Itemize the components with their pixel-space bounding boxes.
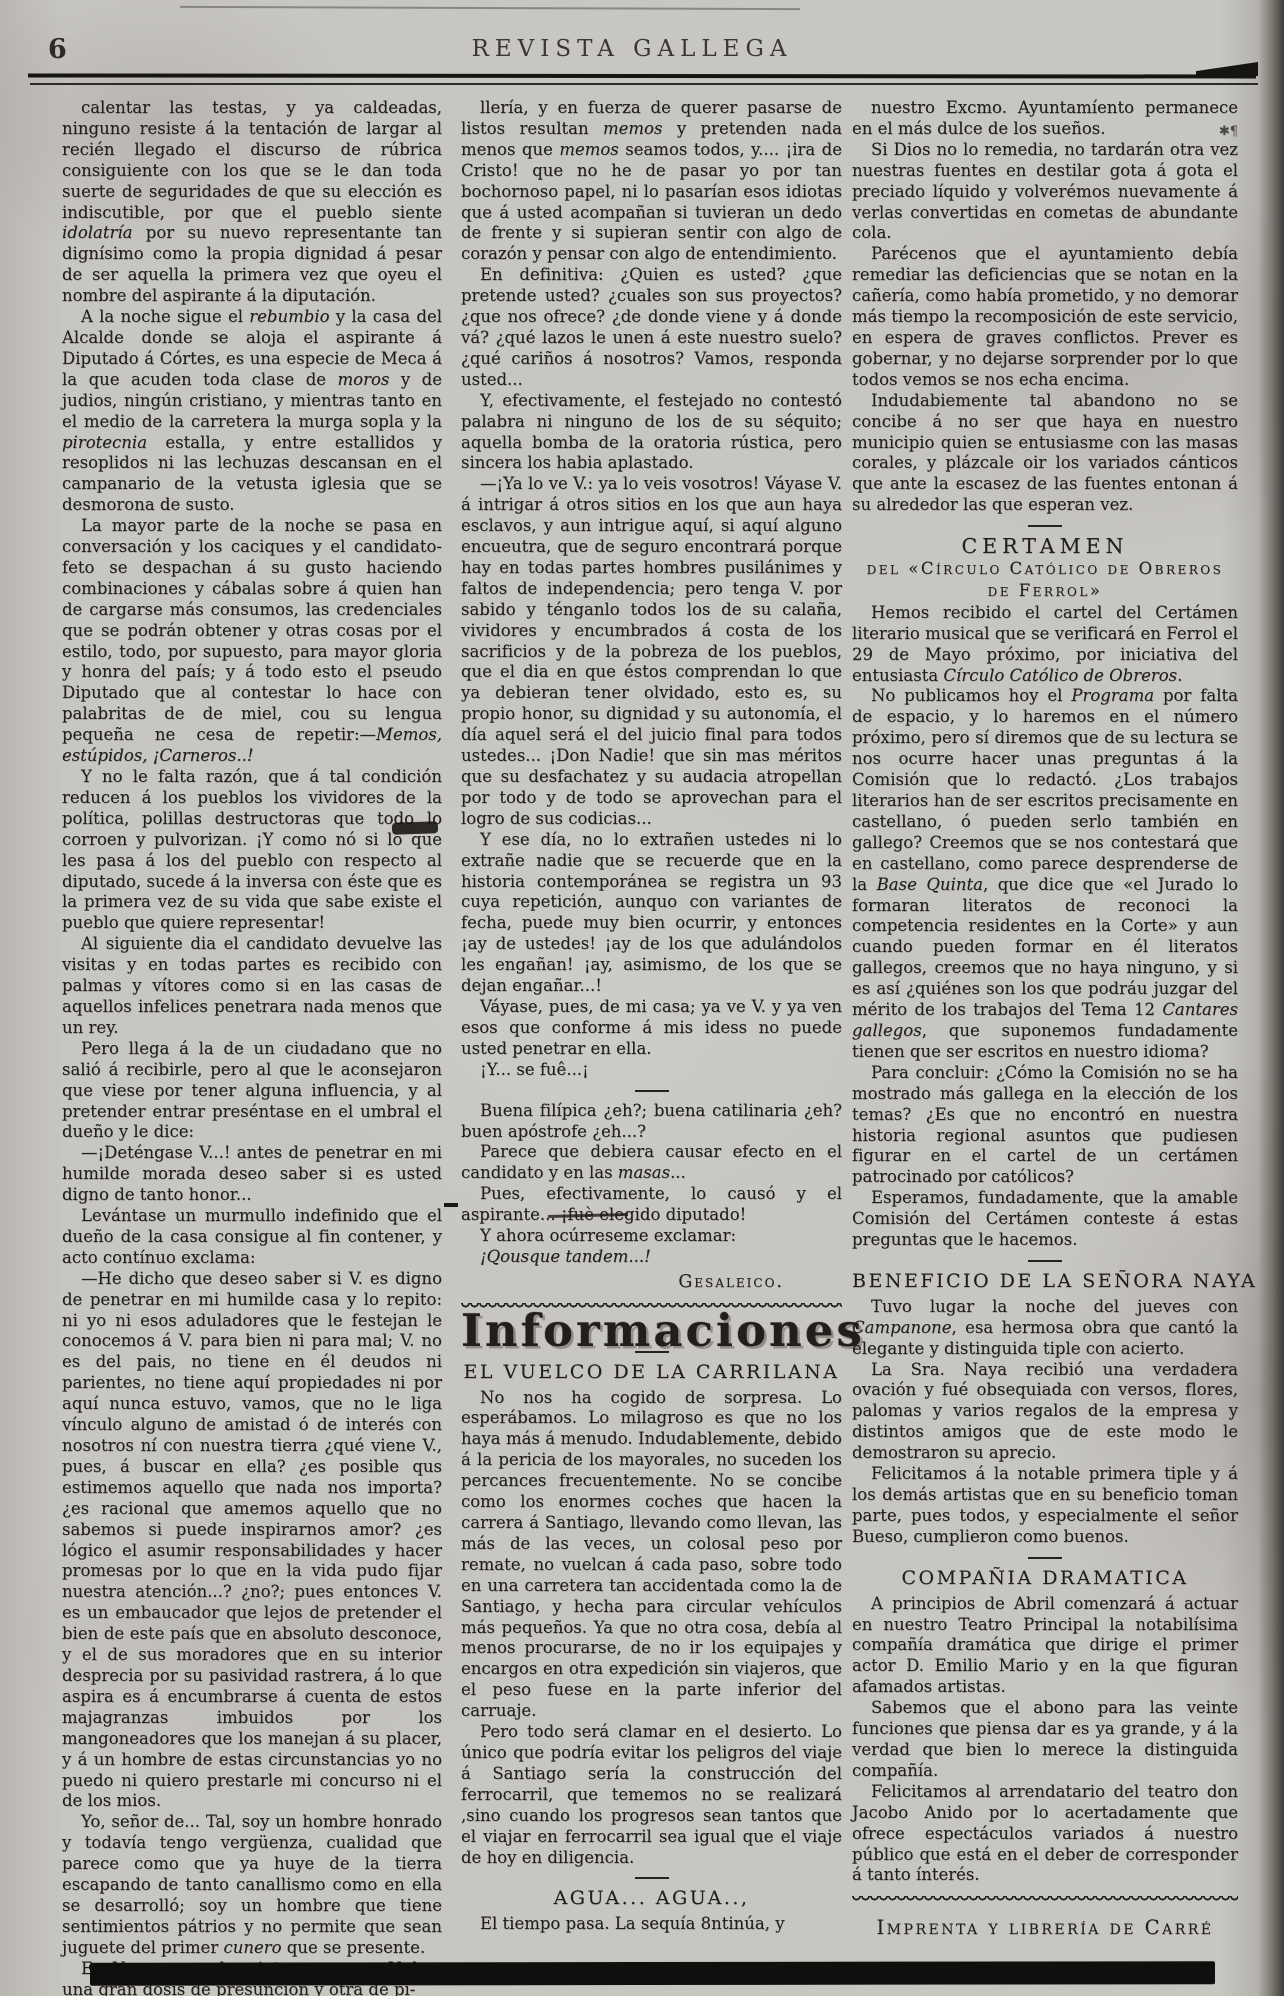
paragraph: En definitiva: ¿Quien es usted? ¿que pre… xyxy=(461,265,842,390)
header-rule-wedge xyxy=(1196,62,1258,76)
paragraph: Pues, efectivamente, lo causó y el aspir… xyxy=(461,1184,842,1226)
gutter-dash-artifact xyxy=(444,1203,458,1207)
paragraph: Felicitamos á la notable primera tiple y… xyxy=(852,1464,1238,1548)
heading-vuelco-carrilana: EL VUELCO DE LA CARRILANA xyxy=(461,1362,842,1383)
section-subheading: de Ferrol» xyxy=(852,581,1238,602)
paragraph: Pero llega á la de un ciudadano que no s… xyxy=(62,1039,442,1144)
page-number: 6 xyxy=(48,34,67,65)
paragraph: Sabemos que el abono para las veinte fun… xyxy=(852,1698,1238,1782)
bottom-scan-bar xyxy=(90,1961,1215,1986)
ink-blot-artifact xyxy=(392,821,438,835)
heading-beneficio-naya: BENEFICIO DE LA SEÑORA NAYA xyxy=(852,1271,1238,1292)
paragraph: Si Dios no lo remedia, no tardarán otra … xyxy=(852,140,1238,245)
paragraph: Levántase un murmullo indefinido que el … xyxy=(62,1206,442,1269)
page-edge-shadow xyxy=(1258,0,1284,1996)
paragraph: Yo, señor de... Tal, soy un hombre honra… xyxy=(62,1812,442,1958)
paragraph: Parécenos que el ayuntamiento debía reme… xyxy=(852,244,1238,390)
scan-scratch-artifact xyxy=(180,6,800,10)
paragraph: nuestro Excmo. Ayuntamíento permanece en… xyxy=(852,98,1238,140)
header-rule-thin xyxy=(30,83,1258,85)
paragraph: Felicitamos al arrendatario del teatro d… xyxy=(852,1782,1238,1887)
column-middle: llería, y en fuerza de querer pasarse de… xyxy=(461,98,842,1935)
paragraph: Hemos recibido el cartel del Certámen li… xyxy=(852,603,1238,687)
column-right: nuestro Excmo. Ayuntamíento permanece en… xyxy=(852,98,1238,1939)
paragraph: ¡Y... se fuê...¡ xyxy=(461,1060,842,1081)
paragraph: Indudabiemente tal abandono no se concib… xyxy=(852,391,1238,516)
author-signature: Gesaleico. xyxy=(461,1272,842,1293)
short-divider-rule xyxy=(635,1877,669,1879)
paragraph: Al siguiente dia el candidato devuelve l… xyxy=(62,934,442,1039)
short-divider-rule xyxy=(1028,1557,1062,1559)
heading-agua: AGUA... AGUA.., xyxy=(461,1888,842,1909)
paragraph: A principios de Abril comenzará á actuar… xyxy=(852,1594,1238,1699)
paragraph: Y no le falta razón, que á tal condición… xyxy=(62,767,442,934)
paragraph: Para concluir: ¿Cómo la Comisión no se h… xyxy=(852,1063,1238,1188)
paragraph: Y ese día, no lo extrañen ustedes ni lo … xyxy=(461,830,842,997)
paragraph: Buena filípica ¿eh?; buena catilinaria ¿… xyxy=(461,1101,842,1143)
paragraph: llería, y en fuerza de querer pasarse de… xyxy=(461,98,842,265)
paragraph: El tiempo pasa. La sequía 8ntinúa, y xyxy=(461,1914,842,1935)
paragraph: La Sra. Naya recibió una verdadera ovaci… xyxy=(852,1360,1238,1465)
paragraph: Y, efectivamente, el festejado no contes… xyxy=(461,391,842,475)
masthead-title: REVISTA GALLEGA xyxy=(472,36,793,62)
paragraph: Pero todo será clamar en el desierto. Lo… xyxy=(461,1722,842,1868)
newspaper-page: 6 REVISTA GALLEGA calentar las testas, y… xyxy=(0,0,1284,1996)
paragraph: No publicamos hoy el Programa por falta … xyxy=(852,686,1238,1062)
short-divider-rule xyxy=(1028,525,1062,527)
short-divider-rule xyxy=(1028,1260,1062,1262)
informaciones-heading: Informaciones xyxy=(461,1321,842,1342)
heading-certamen: CERTAMEN xyxy=(852,536,1238,557)
paragraph: —He dicho que deseo saber si V. es digno… xyxy=(62,1269,442,1813)
section-subheading: del «Círculo Católico de Obreros xyxy=(852,559,1238,580)
heading-compania-dramatica: COMPAÑIA DRAMATICA xyxy=(852,1568,1238,1589)
wavy-divider-rule xyxy=(852,1896,1238,1902)
imprint-line: Imprenta y librería de Carré xyxy=(852,1918,1238,1939)
paragraph: Tuvo lugar la noche del jueves con Campa… xyxy=(852,1297,1238,1360)
paragraph: Esperamos, fundadamente, que la amable C… xyxy=(852,1188,1238,1251)
paragraph: A la noche sigue el rebumbio y la casa d… xyxy=(62,307,442,516)
column-left: calentar las testas, y ya caldeadas, nin… xyxy=(62,98,442,1996)
paragraph: calentar las testas, y ya caldeadas, nin… xyxy=(62,98,442,307)
paragraph: —¡Ya lo ve V.: ya lo veis vosotros! Váya… xyxy=(461,474,842,829)
header-rule-thick xyxy=(28,73,1256,78)
paragraph: —¡Deténgase V...! antes de penetrar en m… xyxy=(62,1143,442,1206)
paragraph: Váyase, pues, de mi casa; ya ve V. y ya … xyxy=(461,997,842,1060)
short-divider-rule xyxy=(635,1090,669,1092)
paragraph: Y ahora ocúrreseme exclamar: xyxy=(461,1226,842,1247)
paragraph: Parece que debiera causar efecto en el c… xyxy=(461,1142,842,1184)
paragraph: ¡Qousque tandem...! xyxy=(461,1247,842,1268)
paragraph: No nos ha cogido de sorpresa. Lo esperáb… xyxy=(461,1388,842,1723)
paragraph: La mayor parte de la noche se pasa en co… xyxy=(62,516,442,767)
